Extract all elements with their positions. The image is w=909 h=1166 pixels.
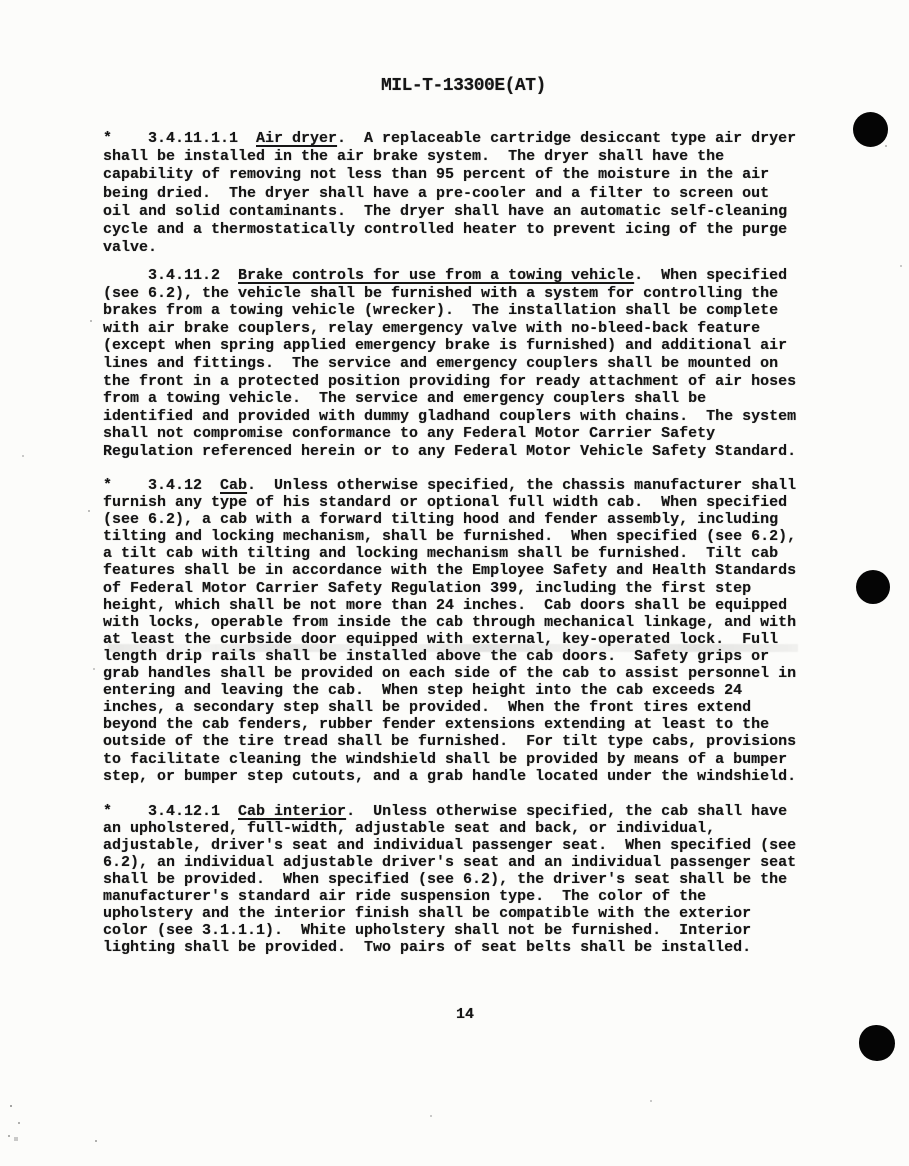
text-line: * 3.4.12.1 Cab interior. Unless otherwis… bbox=[103, 803, 815, 820]
paragraph-air-dryer: * 3.4.11.1.1 Air dryer. A replaceable ca… bbox=[103, 130, 815, 257]
text-line: height, which shall be not more than 24 … bbox=[103, 597, 815, 614]
text-line: beyond the cab fenders, rubber fender ex… bbox=[103, 716, 815, 733]
text-line: to facilitate cleaning the windshield sh… bbox=[103, 751, 815, 768]
scan-smudge-artifact bbox=[108, 644, 798, 652]
text-line: Regulation referenced herein or to any F… bbox=[103, 443, 815, 461]
text-line: color (see 3.1.1.1). White upholstery sh… bbox=[103, 922, 815, 939]
text-line: (see 6.2), the vehicle shall be furnishe… bbox=[103, 285, 815, 303]
document-id-header: MIL-T-13300E(AT) bbox=[381, 76, 546, 96]
paragraph-brake-controls: 3.4.11.2 Brake controls for use from a t… bbox=[103, 267, 815, 461]
text-line: grab handles shall be provided on each s… bbox=[103, 665, 815, 682]
text-line: lines and fittings. The service and emer… bbox=[103, 355, 815, 373]
text-line: with air brake couplers, relay emergency… bbox=[103, 320, 815, 338]
text-line: valve. bbox=[103, 239, 815, 257]
text-line: 6.2), an individual adjustable driver's … bbox=[103, 854, 815, 871]
paragraph-cab: * 3.4.12 Cab. Unless otherwise specified… bbox=[103, 477, 815, 785]
text-line: shall not compromise conformance to any … bbox=[103, 425, 815, 443]
text-line: cycle and a thermostatically controlled … bbox=[103, 221, 815, 239]
text-line: from a towing vehicle. The service and e… bbox=[103, 390, 815, 408]
underlined-heading: Cab bbox=[220, 477, 247, 494]
text-line: oil and solid contaminants. The dryer sh… bbox=[103, 203, 815, 221]
underlined-heading: Brake controls for use from a towing veh… bbox=[238, 267, 634, 284]
text-line: being dried. The dryer shall have a pre-… bbox=[103, 185, 815, 203]
page-number: 14 bbox=[456, 1006, 474, 1023]
text-line: furnish any type of his standard or opti… bbox=[103, 494, 815, 511]
punch-hole-dot-bottom bbox=[859, 1025, 895, 1061]
text-line: * 3.4.12 Cab. Unless otherwise specified… bbox=[103, 477, 815, 494]
text-line: 3.4.11.2 Brake controls for use from a t… bbox=[103, 267, 815, 285]
text-line: (see 6.2), a cab with a forward tilting … bbox=[103, 511, 815, 528]
paragraph-cab-interior: * 3.4.12.1 Cab interior. Unless otherwis… bbox=[103, 803, 815, 956]
text-line: adjustable, driver's seat and individual… bbox=[103, 837, 815, 854]
text-line: a tilt cab with tilting and locking mech… bbox=[103, 545, 815, 562]
text-line: lighting shall be provided. Two pairs of… bbox=[103, 939, 815, 956]
text-line: features shall be in accordance with the… bbox=[103, 562, 815, 579]
text-line: shall be installed in the air brake syst… bbox=[103, 148, 815, 166]
text-line: an upholstered, full-width, adjustable s… bbox=[103, 820, 815, 837]
punch-hole-dot-middle bbox=[856, 570, 890, 604]
underlined-heading: Cab interior bbox=[238, 803, 346, 820]
text-line: manufacturer's standard air ride suspens… bbox=[103, 888, 815, 905]
text-line: inches, a secondary step shall be provid… bbox=[103, 699, 815, 716]
text-line: * 3.4.11.1.1 Air dryer. A replaceable ca… bbox=[103, 130, 815, 148]
text-line: step, or bumper step cutouts, and a grab… bbox=[103, 768, 815, 785]
text-line: capability of removing not less than 95 … bbox=[103, 166, 815, 184]
text-line: shall be provided. When specified (see 6… bbox=[103, 871, 815, 888]
text-line: entering and leaving the cab. When step … bbox=[103, 682, 815, 699]
text-line: tilting and locking mechanism, shall be … bbox=[103, 528, 815, 545]
text-line: brakes from a towing vehicle (wrecker). … bbox=[103, 302, 815, 320]
text-line: identified and provided with dummy gladh… bbox=[103, 408, 815, 426]
scan-speckles bbox=[10, 1105, 12, 1107]
punch-hole-dot-top bbox=[853, 112, 888, 147]
text-line: upholstery and the interior finish shall… bbox=[103, 905, 815, 922]
text-line: of Federal Motor Carrier Safety Regulati… bbox=[103, 580, 815, 597]
text-line: the front in a protected position provid… bbox=[103, 373, 815, 391]
text-line: outside of the tire tread shall be furni… bbox=[103, 733, 815, 750]
text-line: with locks, operable from inside the cab… bbox=[103, 614, 815, 631]
scanned-document-page: MIL-T-13300E(AT) * 3.4.11.1.1 Air dryer.… bbox=[0, 0, 909, 1166]
text-line: (except when spring applied emergency br… bbox=[103, 337, 815, 355]
underlined-heading: Air dryer bbox=[256, 130, 337, 147]
